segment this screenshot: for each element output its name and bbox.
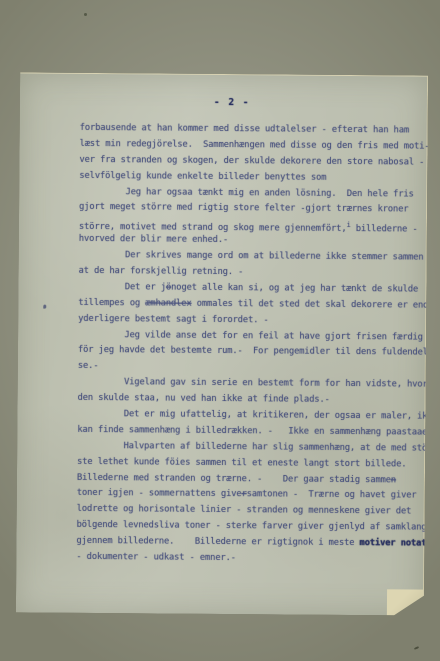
text-segment: kan finde sammenhæng i billedrækken. - I… (77, 425, 437, 438)
text-segment: tillempes og (78, 298, 145, 309)
text-line: - dokumenter - udkast - emner.- (76, 550, 419, 569)
text-segment: Vigeland gav sin serie en bestemt form f… (78, 377, 428, 390)
text-segment: bölgende levnedsliva toner - sterke farv… (77, 520, 427, 533)
text-segment: læst min redegjörelse. Sammenhængen med … (80, 139, 430, 152)
text-segment: forbausende at han kommer med disse udta… (80, 123, 409, 136)
text-segment: Det er j (78, 282, 166, 293)
text-segment: ver fra stranden og skogen, der skulde d… (79, 155, 424, 168)
dust-speck (414, 646, 419, 650)
text-segment: - dokumenter - udkast - emner.- (76, 552, 236, 563)
text-segment: toner igjen - sommernattens give (77, 488, 242, 499)
text-segment: ste lethet kunde föies sammen til et ene… (77, 457, 406, 470)
text-segment: æmhandlex (145, 298, 191, 308)
text-segment: Halvparten af billederne har slig sammen… (77, 441, 437, 454)
folded-corner (387, 589, 423, 615)
text-segment: selvfölgelig kunde enkelte billeder beny… (79, 171, 326, 183)
text-segment: at de har forskjellig retning. - (79, 266, 244, 277)
text-segment: notater (401, 539, 437, 549)
text-segment: billederne - (351, 224, 418, 235)
text-segment: Jeg vilde anse det for en feil at have g… (78, 329, 423, 342)
scanner-background: - 2 - forbausende at han kommer med diss… (0, 0, 440, 661)
text-line: för jeg havde det bestemte rum.- For pen… (78, 343, 421, 362)
text-segment: noget alle kan si, og at jeg har tænkt d… (171, 283, 418, 295)
text-segment: ommales til det sted det skal dekorere e… (192, 299, 429, 311)
document-body: forbausende at han kommer med disse udta… (76, 121, 422, 569)
text-segment: se.- (78, 361, 99, 371)
text-segment: gjort meget större med rigtig store felt… (79, 202, 408, 215)
dust-speck (84, 13, 87, 16)
text-segment: yderligere bestemt sagt i forordet. - (78, 314, 268, 325)
text-segment: gjennem billederne. Billederne er rigtig… (76, 536, 359, 548)
text-segment: hvorved der blir mere enhed.- (79, 234, 228, 245)
text-segment: samtonen - Trærne og havet giver (247, 490, 417, 501)
document-page: - 2 - forbausende at han kommer med diss… (16, 72, 428, 615)
text-segment: n (391, 475, 396, 485)
text-segment: Der skrives mange ord om at billederne i… (79, 250, 424, 263)
text-segment: motiver (359, 538, 395, 548)
page-number: - 2 - (214, 97, 250, 108)
text-segment: den skulde staa, nu ved han ikke at find… (78, 393, 330, 405)
text-segment: Jeg har ogsaa tænkt mig en anden lösning… (79, 186, 414, 199)
text-segment: Det er mig ufattelig, at kritikeren, der… (77, 409, 432, 422)
ink-smudge (43, 305, 46, 309)
text-segment: Billederne med stranden og trærne. - Der… (77, 472, 391, 484)
text-segment: lodrette og horisontale linier - strande… (77, 504, 412, 517)
text-segment: för jeg havde det bestemte rum.- For pen… (78, 345, 433, 358)
